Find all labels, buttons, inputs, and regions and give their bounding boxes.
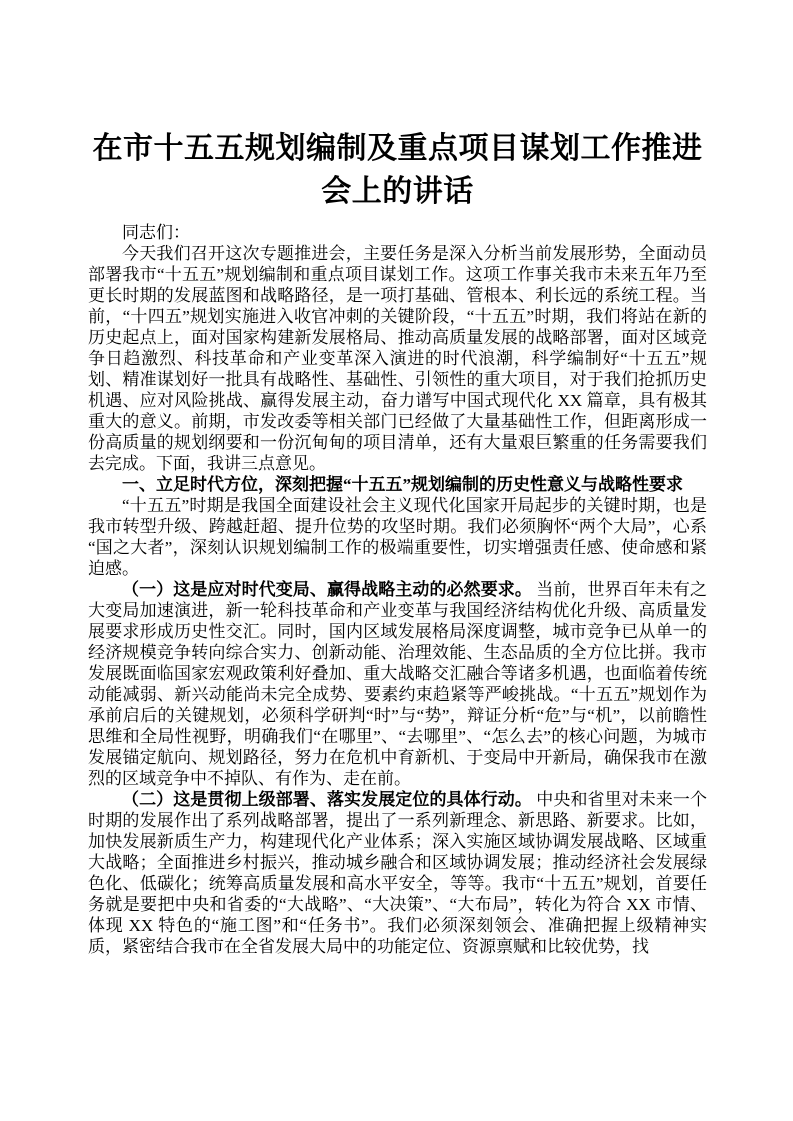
point-1-lead: （一）这是应对时代变局、赢得战略主动的必然要求。 [122, 580, 532, 599]
document-title: 在市十五五规划编制及重点项目谋划工作推进会上的讲话 [88, 127, 707, 213]
section-1-point-2-paragraph: （二）这是贯彻上级部署、落实发展定位的具体行动。 中央和省里对未来一个时期的发展… [88, 789, 707, 957]
section-1-intro-paragraph: “十五五”时期是我国全面建设社会主义现代化国家开局起步的关键时期，也是我市转型升… [88, 495, 707, 579]
point-2-lead: （二）这是贯彻上级部署、落实发展定位的具体行动。 [122, 790, 532, 809]
intro-paragraph: 今天我们召开这次专题推进会，主要任务是深入分析当前发展形势，全面动员部署我市“十… [88, 243, 707, 474]
section-1-heading: 一、立足时代方位，深刻把握“十五五”规划编制的历史性意义与战略性要求 [88, 474, 707, 495]
salutation: 同志们： [88, 222, 707, 243]
section-1-point-1-paragraph: （一）这是应对时代变局、赢得战略主动的必然要求。 当前，世界百年未有之大变局加速… [88, 579, 707, 789]
point-1-text: 当前，世界百年未有之大变局加速演进，新一轮科技革命和产业变革与我国经济结构优化升… [88, 580, 707, 788]
point-2-text: 中央和省里对未来一个时期的发展作出了系列战略部署，提出了一系列新理念、新思路、新… [88, 790, 707, 956]
document-page: 在市十五五规划编制及重点项目谋划工作推进会上的讲话 同志们： 今天我们召开这次专… [0, 0, 793, 1121]
